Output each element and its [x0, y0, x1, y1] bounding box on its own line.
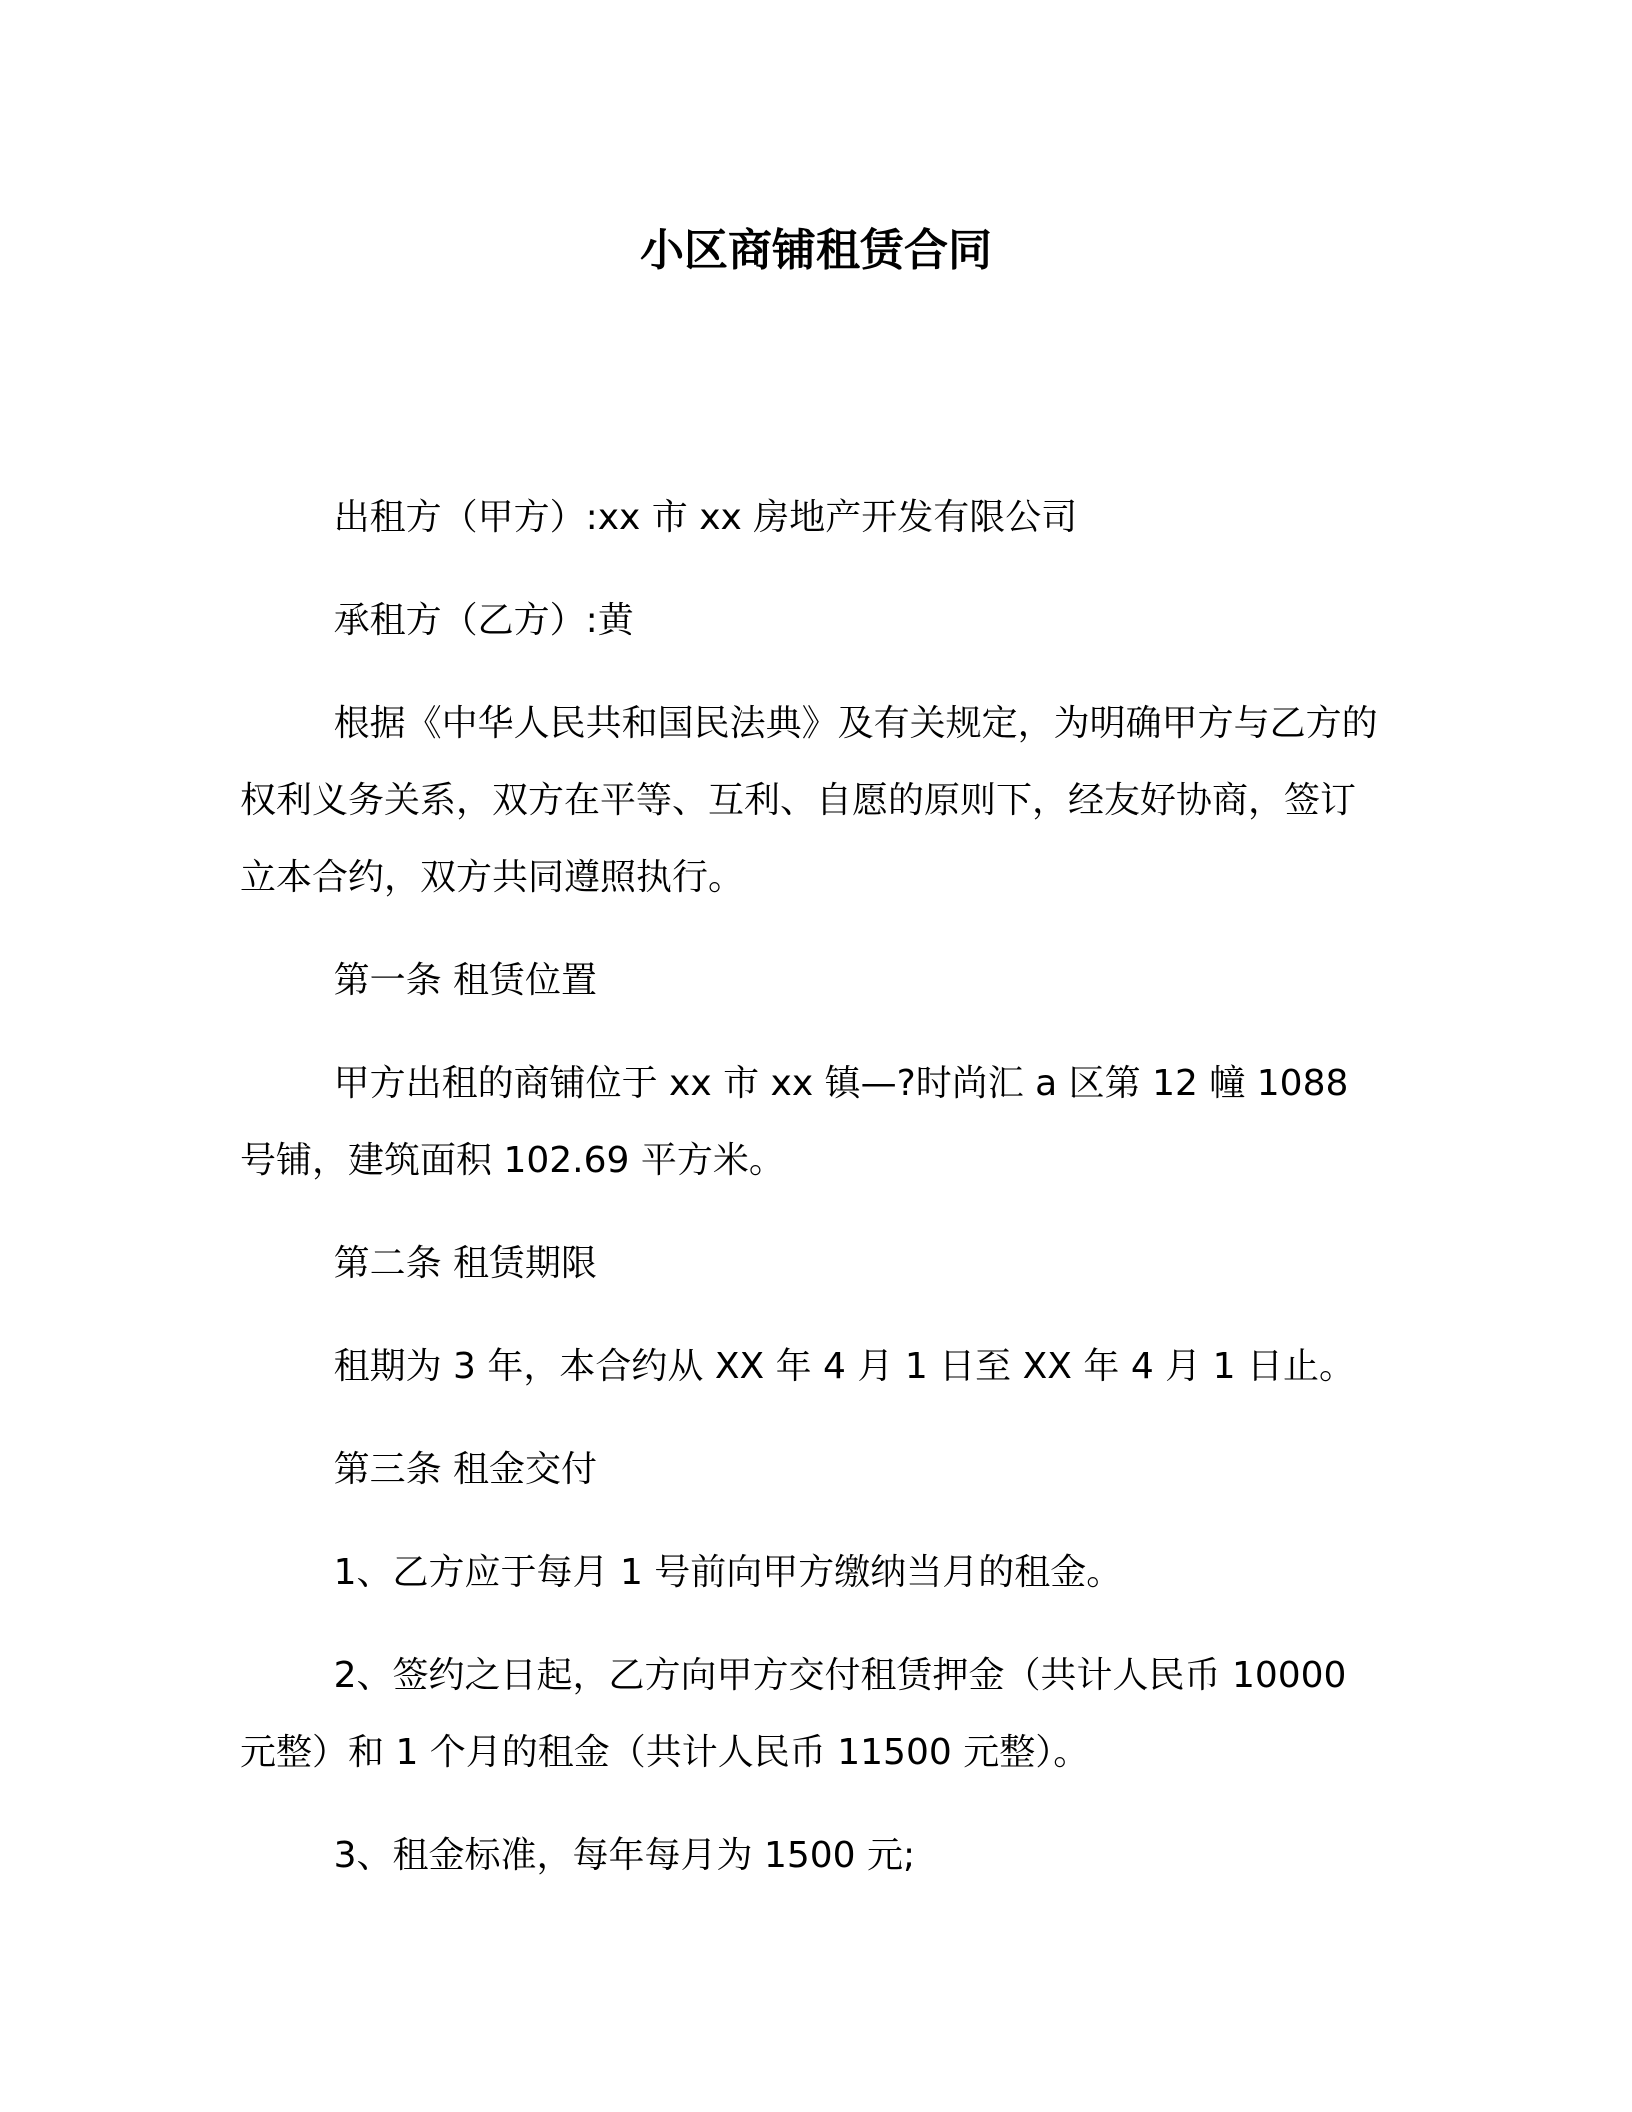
lessor-line: 出租方（甲方）:xx 市 xx 房地产开发有限公司 [240, 479, 1380, 556]
document-title: 小区商铺租赁合同 [0, 222, 1632, 280]
article-3-item-1: 1、乙方应于每月 1 号前向甲方缴纳当月的租金。 [240, 1534, 1380, 1611]
article-2-heading: 第二条 租赁期限 [240, 1225, 1380, 1302]
article-1-heading: 第一条 租赁位置 [240, 942, 1380, 1019]
article-3-heading: 第三条 租金交付 [240, 1431, 1380, 1508]
document-page: 小区商铺租赁合同 出租方（甲方）:xx 市 xx 房地产开发有限公司 承租方（乙… [0, 0, 1632, 2112]
article-3-item-3: 3、租金标准，每年每月为 1500 元; [240, 1817, 1380, 1894]
preamble-paragraph: 根据《中华人民共和国民法典》及有关规定，为明确甲方与乙方的权利义务关系，双方在平… [240, 685, 1380, 916]
lessee-line: 承租方（乙方）:黄 [240, 582, 1380, 659]
article-1-paragraph: 甲方出租的商铺位于 xx 市 xx 镇—?时尚汇 a 区第 12 幢 1088 … [240, 1045, 1380, 1199]
article-2-paragraph: 租期为 3 年，本合约从 XX 年 4 月 1 日至 XX 年 4 月 1 日止… [240, 1328, 1380, 1405]
document-body: 出租方（甲方）:xx 市 xx 房地产开发有限公司 承租方（乙方）:黄 根据《中… [240, 479, 1380, 1920]
article-3-item-2: 2、签约之日起，乙方向甲方交付租赁押金（共计人民币 10000 元整）和 1 个… [240, 1637, 1380, 1791]
